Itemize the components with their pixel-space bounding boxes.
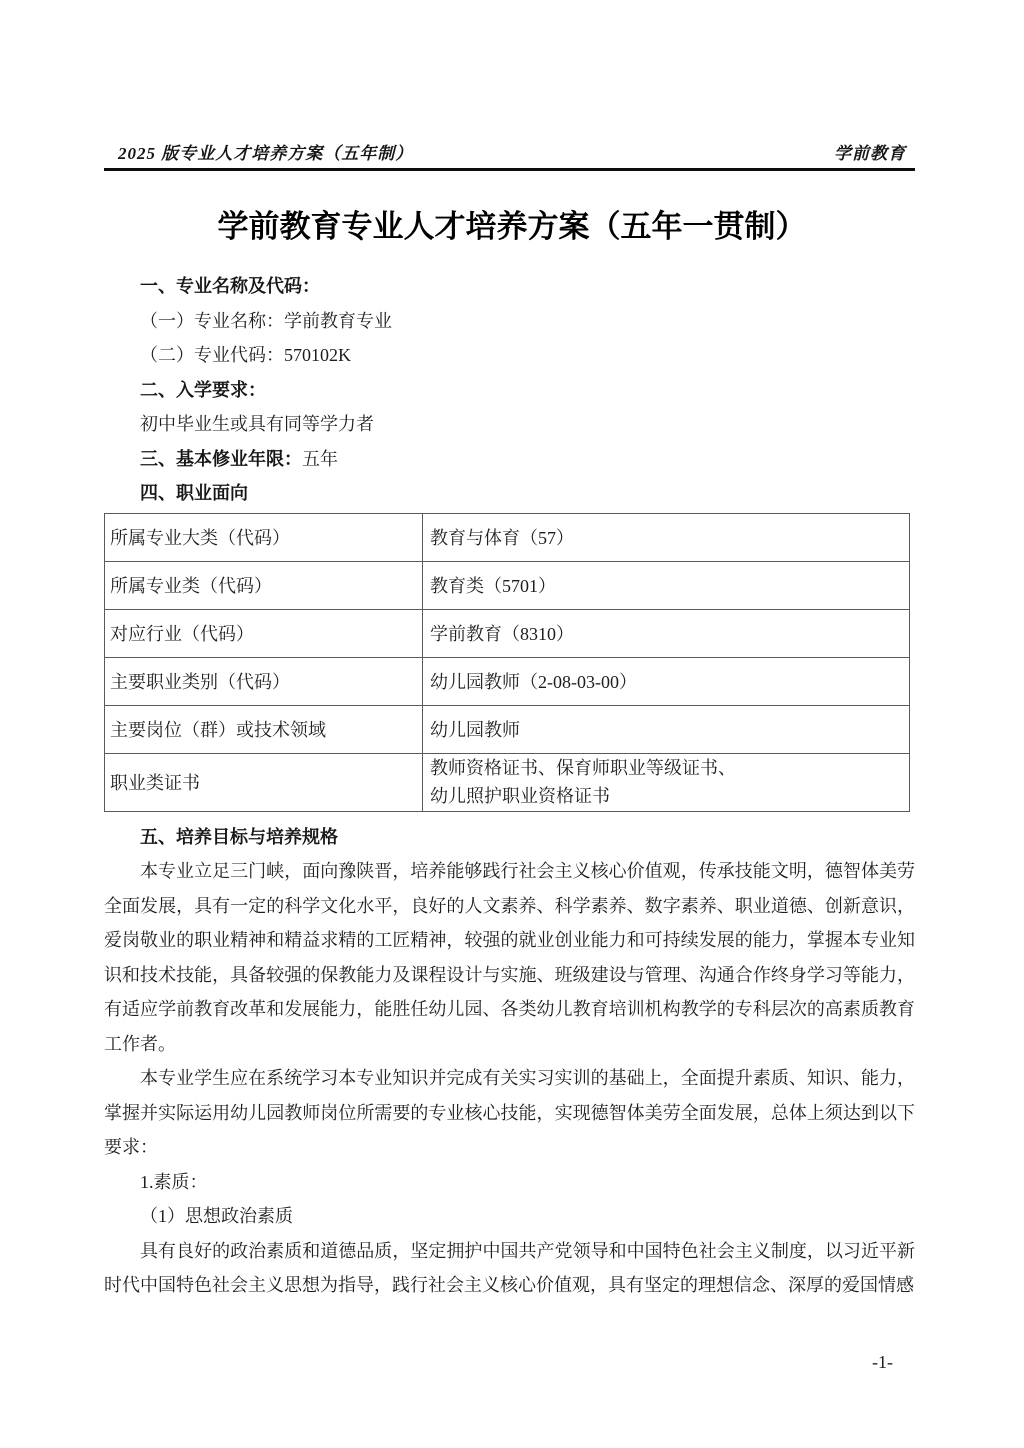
cell-text: 幼儿照护职业资格证书 [430, 782, 909, 810]
document-body: 一、专业名称及代码： （一）专业名称：学前教育专业 （二）专业代码：570102… [104, 269, 915, 1303]
field-label-cell: 所属专业类（代码） [105, 561, 423, 609]
table-row: 对应行业（代码） 学前教育（8310） [105, 609, 910, 657]
field-value-cell: 幼儿园教师（2-08-03-00） [423, 657, 910, 705]
field-label-cell: 主要职业类别（代码） [105, 657, 423, 705]
section3-value: 五年 [302, 449, 338, 469]
field-label-cell: 职业类证书 [105, 753, 423, 811]
field-label-cell: 对应行业（代码） [105, 609, 423, 657]
field-label-cell: 所属专业大类（代码） [105, 513, 423, 561]
field-value-cell: 教育与体育（57） [423, 513, 910, 561]
occupation-table: 所属专业大类（代码） 教育与体育（57） 所属专业类（代码） 教育类（5701）… [104, 513, 910, 812]
section-heading-3: 三、基本修业年限：五年 [104, 442, 915, 477]
cell-text: 教师资格证书、保育师职业等级证书、 [430, 754, 909, 782]
cell-text: 幼儿园教师（2-08-03-00） [430, 668, 909, 694]
subheading-political-quality: （1）思想政治素质 [104, 1199, 915, 1234]
cell-text: 教育与体育（57） [430, 524, 909, 550]
section-heading-4: 四、职业面向 [104, 476, 915, 511]
training-requirement-paragraph: 本专业学生应在系统学习本专业知识并完成有关实习实训的基础上，全面提升素质、知识、… [104, 1061, 915, 1165]
running-header: 2025 版专业人才培养方案（五年制） 学前教育 [118, 139, 906, 164]
cell-text: 学前教育（8310） [430, 620, 909, 646]
section-heading-2: 二、入学要求： [104, 373, 915, 408]
training-goal-paragraph: 本专业立足三门峡，面向豫陕晋，培养能够践行社会主义核心价值观，传承技能文明，德智… [104, 854, 915, 1061]
table-row: 主要职业类别（代码） 幼儿园教师（2-08-03-00） [105, 657, 910, 705]
subheading-quality: 1.素质： [104, 1165, 915, 1200]
section2-text: 初中毕业生或具有同等学力者 [104, 407, 915, 442]
header-double-rule [104, 168, 915, 171]
political-quality-paragraph: 具有良好的政治素质和道德品质，坚定拥护中国共产党领导和中国特色社会主义制度，以习… [104, 1234, 915, 1303]
field-value-cell: 教育类（5701） [423, 561, 910, 609]
field-value-cell: 幼儿园教师 [423, 705, 910, 753]
field-value-cell: 学前教育（8310） [423, 609, 910, 657]
table-row: 所属专业大类（代码） 教育与体育（57） [105, 513, 910, 561]
header-right-text: 学前教育 [834, 139, 906, 164]
table-row: 主要岗位（群）或技术领域 幼儿园教师 [105, 705, 910, 753]
header-left-text: 2025 版专业人才培养方案（五年制） [118, 139, 413, 164]
cell-text: 幼儿园教师 [430, 716, 909, 742]
table-row: 职业类证书 教师资格证书、保育师职业等级证书、 幼儿照护职业资格证书 [105, 753, 910, 811]
section-heading-5: 五、培养目标与培养规格 [104, 820, 915, 855]
section3-label: 三、基本修业年限： [140, 449, 302, 469]
table-row: 所属专业类（代码） 教育类（5701） [105, 561, 910, 609]
field-label-cell: 主要岗位（群）或技术领域 [105, 705, 423, 753]
cell-text: 教育类（5701） [430, 572, 909, 598]
field-value-cell: 教师资格证书、保育师职业等级证书、 幼儿照护职业资格证书 [423, 753, 910, 811]
section-heading-1: 一、专业名称及代码： [104, 269, 915, 304]
section1-item-name: （一）专业名称：学前教育专业 [104, 304, 915, 339]
document-page: 2025 版专业人才培养方案（五年制） 学前教育 学前教育专业人才培养方案（五年… [0, 0, 1024, 1448]
document-title: 学前教育专业人才培养方案（五年一贯制） [0, 201, 1024, 246]
section1-item-code: （二）专业代码：570102K [104, 338, 915, 373]
page-number: -1- [104, 1352, 915, 1373]
